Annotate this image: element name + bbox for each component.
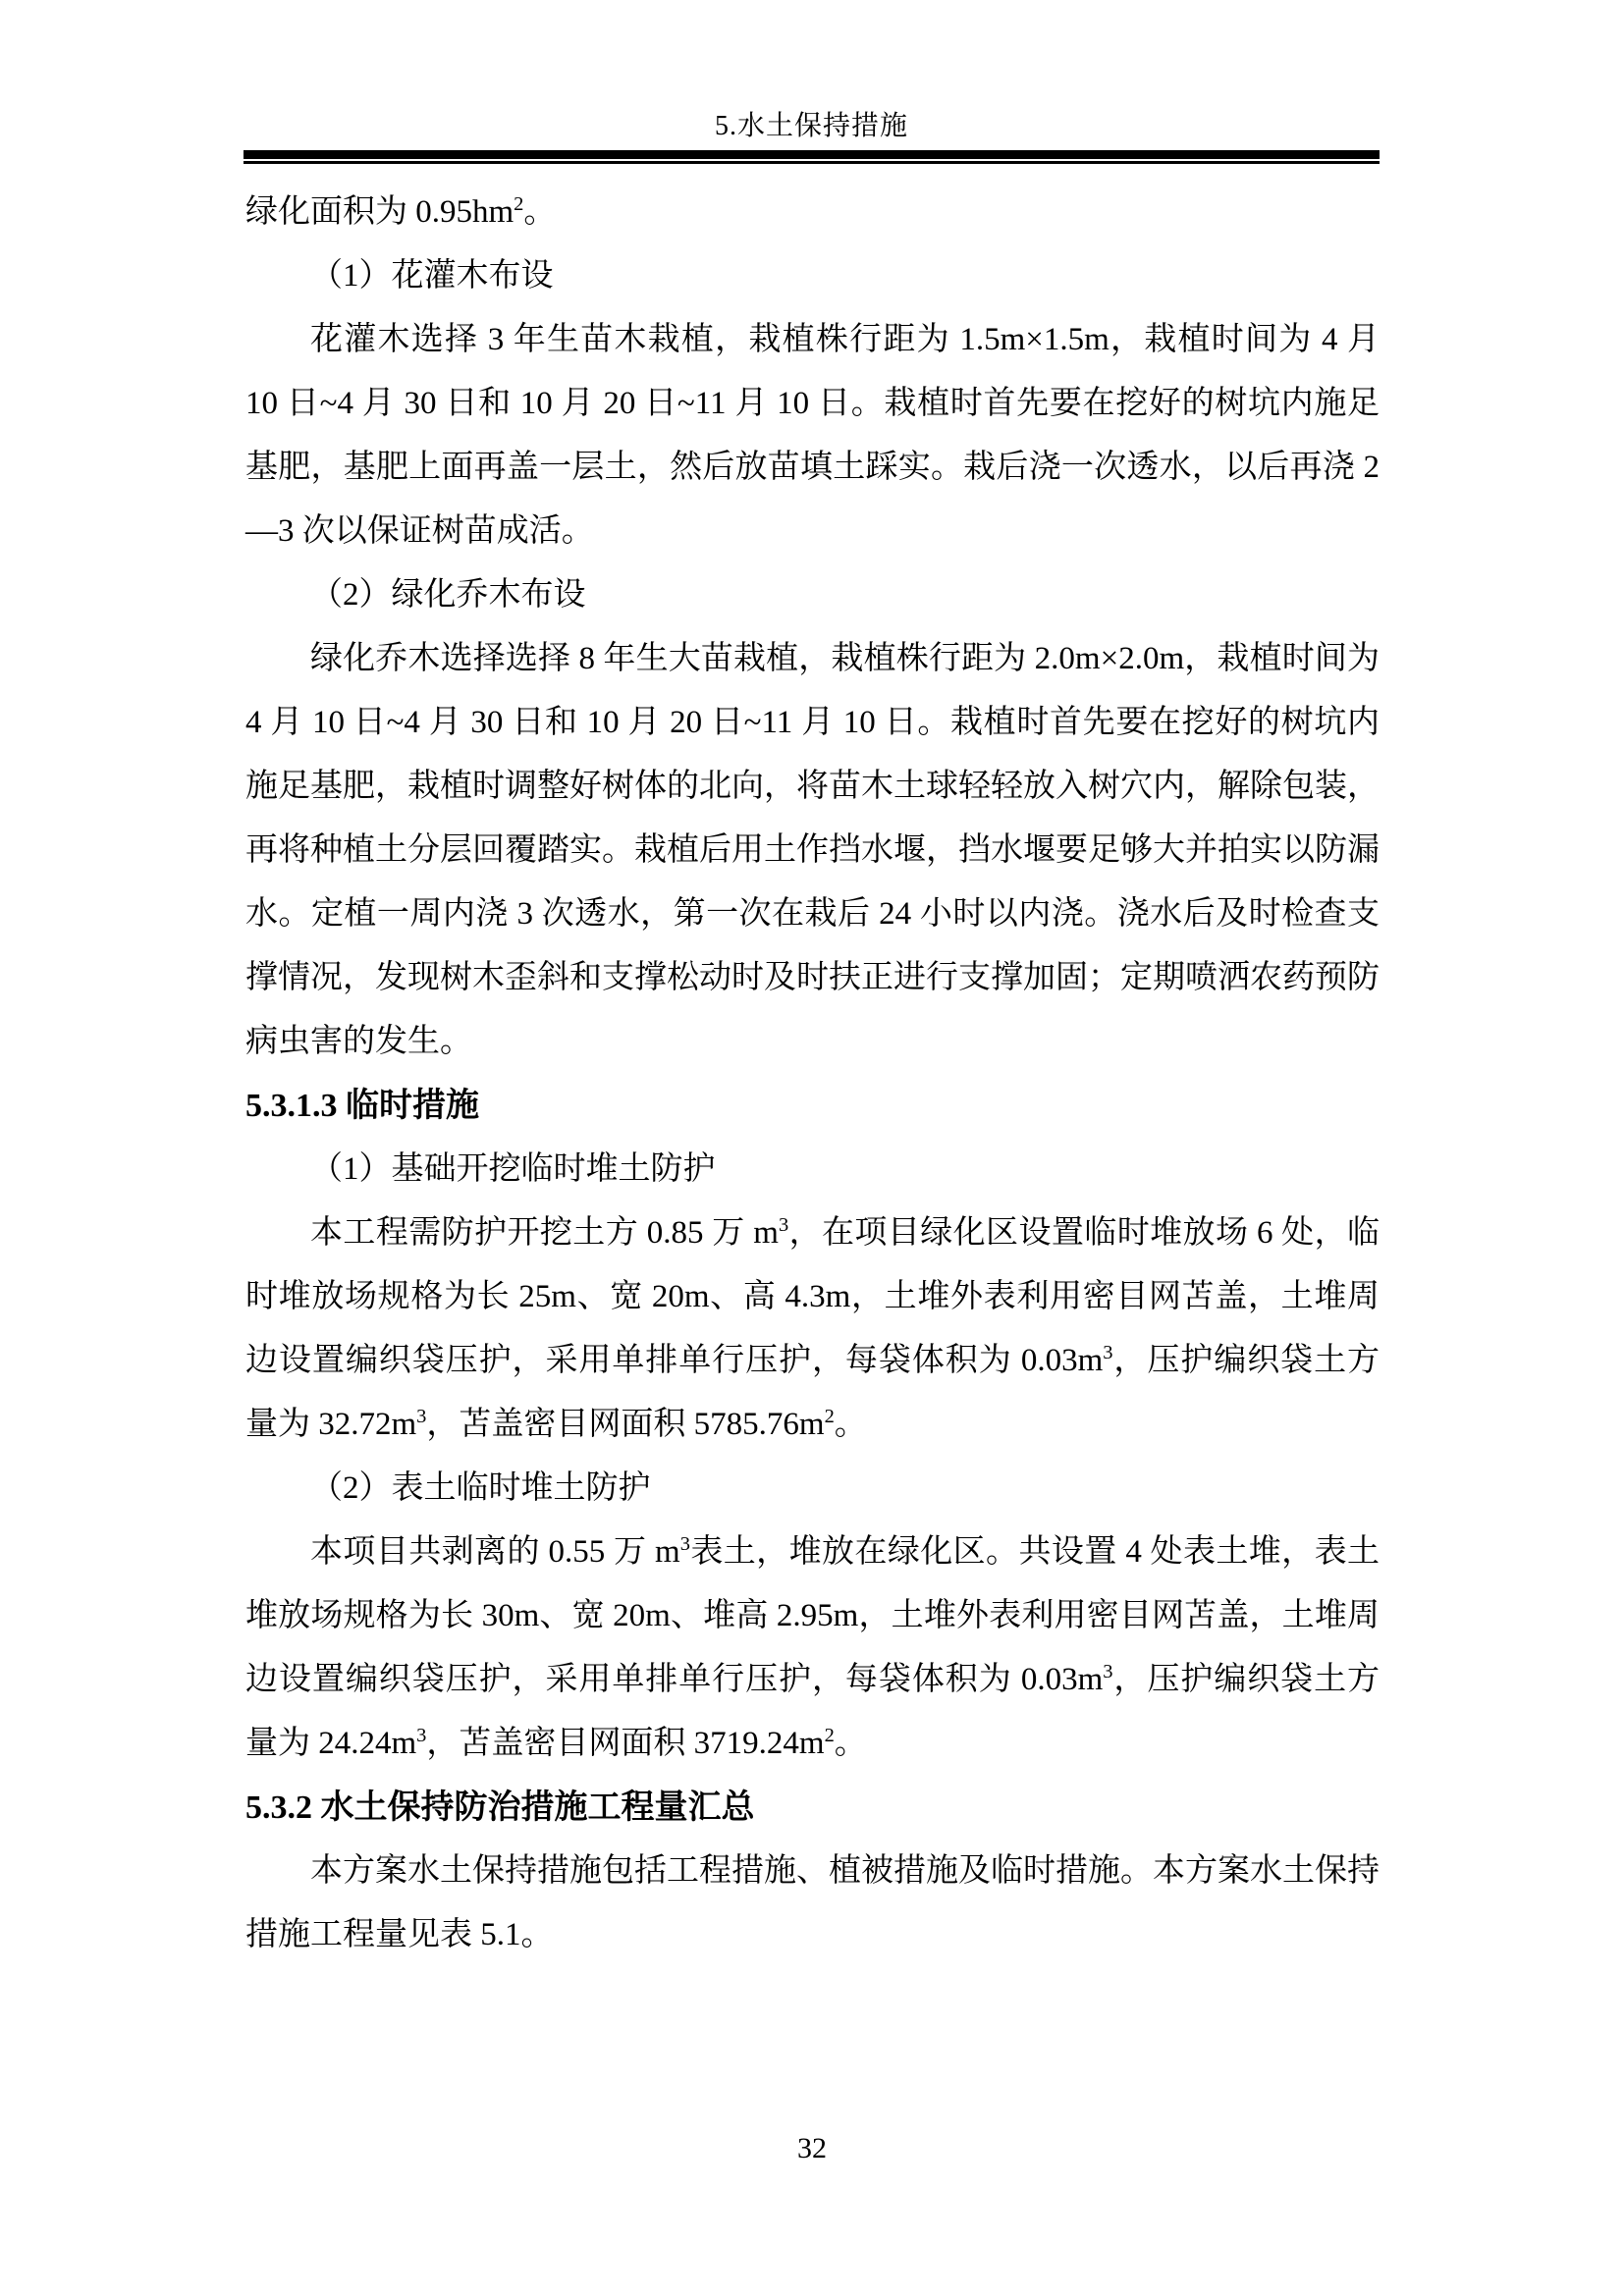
header-rule xyxy=(244,150,1380,164)
running-header: 5.水土保持措施 xyxy=(244,0,1380,164)
paragraph: 绿化面积为 0.95hm2。 xyxy=(245,181,1380,244)
text-run: ，苫盖密目网面积 5785.76m xyxy=(426,1407,824,1442)
document-page: 5.水土保持措施 绿化面积为 0.95hm2。（1）花灌木布设花灌木选择 3 年… xyxy=(0,0,1624,2296)
superscript-run: 3 xyxy=(779,1214,788,1236)
text-run: 5.3.1.3 临时措施 xyxy=(245,1088,479,1124)
superscript-run: 3 xyxy=(680,1533,690,1555)
superscript-run: 3 xyxy=(1103,1342,1112,1363)
section-heading: 5.3.2 水土保持防治措施工程量汇总 xyxy=(245,1776,1380,1840)
page-number: 32 xyxy=(0,2132,1624,2165)
header-title: 5.水土保持措施 xyxy=(244,0,1380,143)
paragraph: 本工程需防护开挖土方 0.85 万 m3，在项目绿化区设置临时堆放场 6 处，临… xyxy=(245,1201,1380,1457)
text-run: 。 xyxy=(835,1726,867,1761)
superscript-run: 2 xyxy=(825,1725,835,1746)
text-run: （2）绿化乔木布设 xyxy=(310,577,586,613)
document-body: 绿化面积为 0.95hm2。（1）花灌木布设花灌木选择 3 年生苗木栽植，栽植株… xyxy=(245,181,1380,1967)
text-run: 5.3.2 水土保持防治措施工程量汇总 xyxy=(245,1789,755,1826)
superscript-run: 2 xyxy=(825,1406,835,1427)
superscript-run: 3 xyxy=(1103,1661,1112,1682)
paragraph: 花灌木选择 3 年生苗木栽植，栽植株行距为 1.5m×1.5m，栽植时间为 4 … xyxy=(245,308,1380,563)
superscript-run: 3 xyxy=(416,1725,426,1746)
text-run: 。 xyxy=(835,1407,867,1442)
paragraph: （2）表土临时堆土防护 xyxy=(245,1457,1380,1521)
text-run: ，苫盖密目网面积 3719.24m xyxy=(426,1726,824,1761)
text-run: 本工程需防护开挖土方 0.85 万 m xyxy=(310,1215,779,1251)
text-run: （1）基础开挖临时堆土防护 xyxy=(310,1151,716,1187)
paragraph: （1）基础开挖临时堆土防护 xyxy=(245,1138,1380,1201)
paragraph: （1）花灌木布设 xyxy=(245,244,1380,308)
text-run: 绿化面积为 0.95hm xyxy=(245,194,514,230)
text-run: （1）花灌木布设 xyxy=(310,258,554,294)
paragraph: 本项目共剥离的 0.55 万 m3表土，堆放在绿化区。共设置 4 处表土堆，表土… xyxy=(245,1521,1380,1776)
text-run: 绿化乔木选择选择 8 年生大苗栽植，栽植株行距为 2.0m×2.0m，栽植时间为… xyxy=(245,641,1380,1059)
paragraph: 绿化乔木选择选择 8 年生大苗栽植，栽植株行距为 2.0m×2.0m，栽植时间为… xyxy=(245,627,1380,1074)
paragraph: 本方案水土保持措施包括工程措施、植被措施及临时措施。本方案水土保持措施工程量见表… xyxy=(245,1840,1380,1967)
superscript-run: 2 xyxy=(514,193,523,215)
paragraph: （2）绿化乔木布设 xyxy=(245,563,1380,627)
text-run: 本项目共剥离的 0.55 万 m xyxy=(310,1534,680,1570)
text-run: 本方案水土保持措施包括工程措施、植被措施及临时措施。本方案水土保持措施工程量见表… xyxy=(245,1853,1380,1952)
text-run: （2）表土临时堆土防护 xyxy=(310,1470,651,1506)
text-run: 。 xyxy=(523,194,556,230)
text-run: 花灌木选择 3 年生苗木栽植，栽植株行距为 1.5m×1.5m，栽植时间为 4 … xyxy=(245,322,1380,549)
section-heading: 5.3.1.3 临时措施 xyxy=(245,1074,1380,1138)
superscript-run: 3 xyxy=(416,1406,426,1427)
